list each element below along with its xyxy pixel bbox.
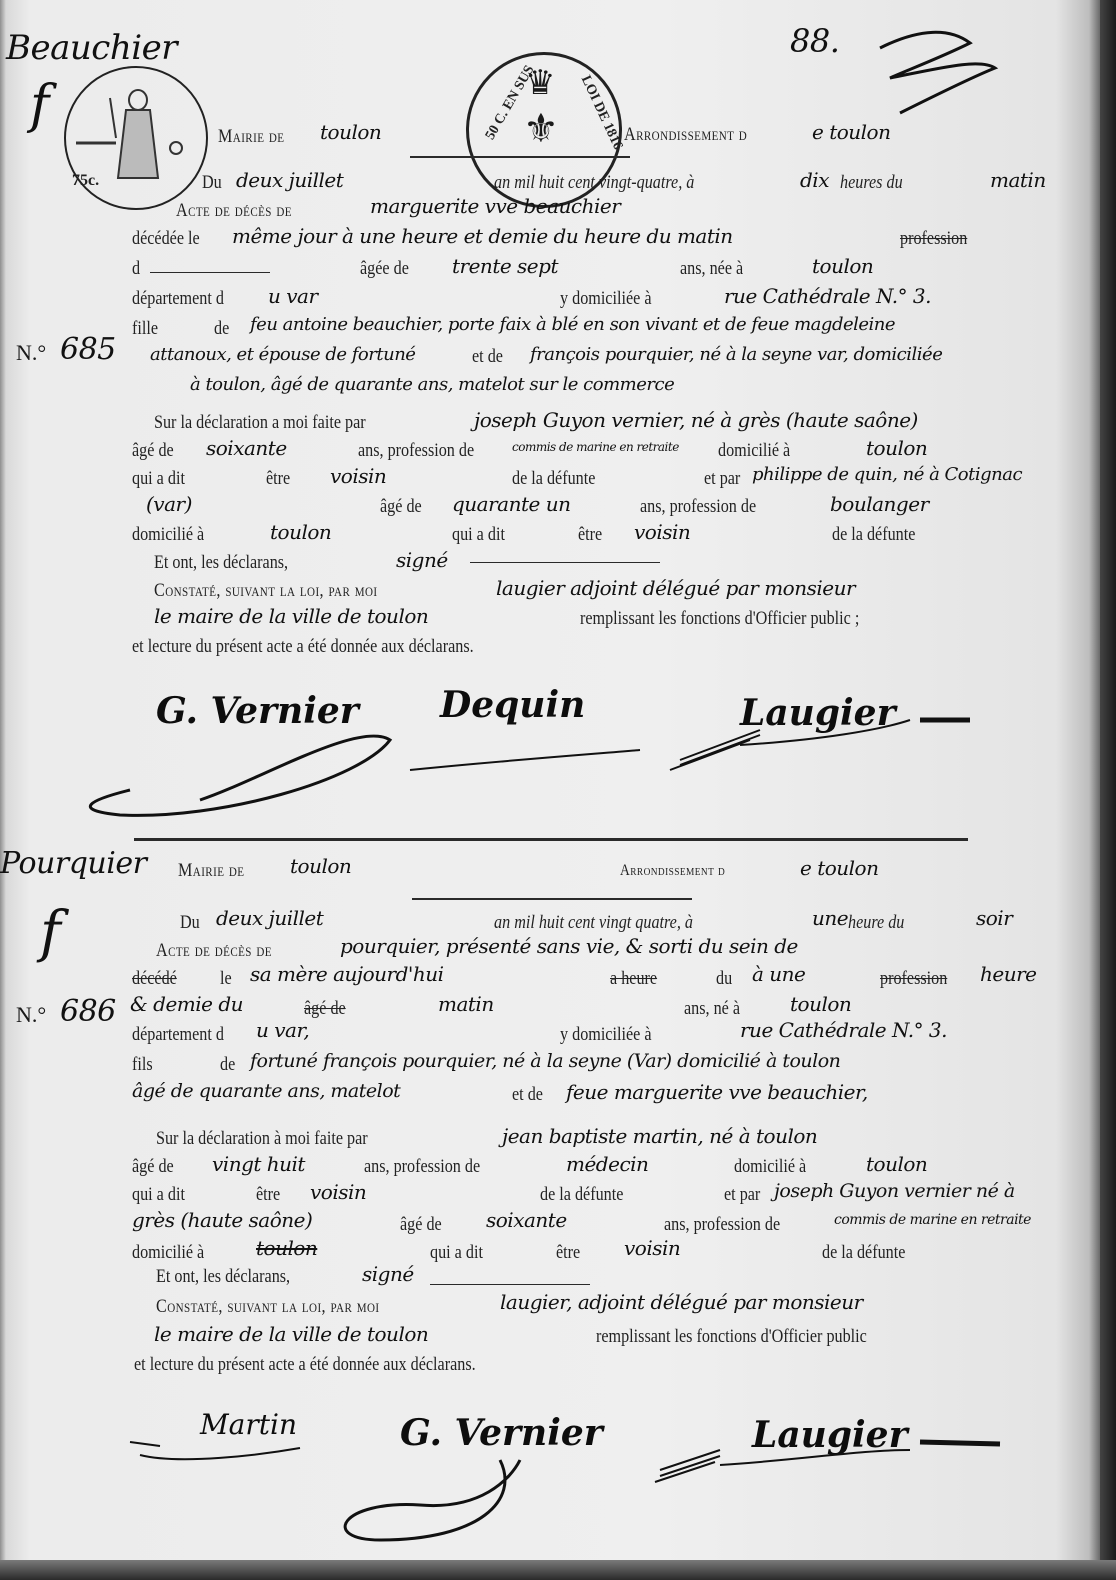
department-value: u var xyxy=(268,284,318,308)
seal-right-text: LOI DE 1816 xyxy=(577,73,625,152)
declarant-2-domicile: toulon xyxy=(270,520,331,544)
filiation-label: fille xyxy=(132,318,158,340)
de-la-defunte-2: de la défunte xyxy=(832,524,915,546)
declarant-2-prof-label: ans, profession de xyxy=(640,496,756,518)
struck-decede: décédé xyxy=(132,968,177,990)
qui-a-dit: qui a dit xyxy=(132,468,185,490)
born-at-label-2: ans, né à xyxy=(684,998,740,1020)
qui-a-dit-2-r2: qui a dit xyxy=(430,1242,483,1264)
department-label-2: département d xyxy=(132,1024,224,1046)
hour-value-2: une xyxy=(812,906,848,930)
hour-label-2: heure du xyxy=(848,912,904,934)
record-number: 685 xyxy=(60,332,116,367)
declarant-1-age-2: vingt huit xyxy=(212,1152,305,1176)
et-de: et de xyxy=(472,346,503,368)
record-number-2: 686 xyxy=(60,994,116,1029)
officer: laugier adjoint délégué par monsieur xyxy=(496,576,855,600)
declarant-1-dom-label-2: domicilié à xyxy=(734,1156,806,1178)
domicile-label: y domiciliée à xyxy=(560,288,651,310)
officer-line-2: le maire de la ville de toulon xyxy=(154,604,428,628)
blank-rule-2 xyxy=(430,1284,590,1285)
record-number-label: N.° xyxy=(16,340,46,366)
father-line-2b: âgé de quarante ans, matelot xyxy=(132,1080,400,1102)
age-label: âgée de xyxy=(360,258,409,280)
signature-flourishes-2-icon xyxy=(120,1420,1020,1560)
page-edge-bottom xyxy=(0,1560,1116,1580)
domicile-value-2: rue Cathédrale N.° 3. xyxy=(740,1018,947,1042)
margin-surname-beauchier: Beauchier xyxy=(6,28,177,68)
record-number-label-2: N.° xyxy=(16,1002,46,1028)
hour-label: heures du xyxy=(840,172,903,194)
period-value-2: soir xyxy=(976,906,1012,930)
age-value: trente sept xyxy=(452,254,558,278)
et-par-2: et par xyxy=(724,1184,760,1206)
qui-a-dit-r2: qui a dit xyxy=(132,1184,185,1206)
declarant-2: philippe de quin, né à Cotignac xyxy=(752,464,1022,485)
signature-flourishes-icon xyxy=(60,700,980,820)
officer-role: remplissant les fonctions d'Officier pub… xyxy=(580,608,859,630)
du-label: du xyxy=(716,968,732,990)
mother-line: attanoux, et épouse de fortuné xyxy=(150,344,415,365)
qui-a-dit-2: qui a dit xyxy=(452,524,505,546)
declarant-1-profession: commis de marine en retraite xyxy=(512,440,679,454)
declarant-1-relation-2: voisin xyxy=(310,1180,366,1204)
etre-r2: être xyxy=(256,1184,280,1206)
signed-label: Et ont, les déclarans, xyxy=(154,552,288,574)
hour-value: dix xyxy=(800,168,829,192)
struck-age: âgé de xyxy=(304,998,346,1020)
deceased-name-2: pourquier, présenté sans vie, & sorti du… xyxy=(340,934,798,958)
declarant-1-age-label-2: âgé de xyxy=(132,1156,174,1178)
declarant-2-2: joseph Guyon vernier né à xyxy=(774,1180,1015,1202)
date-prefix: Du xyxy=(202,172,222,194)
blank-rule xyxy=(470,562,660,563)
mairie-value: toulon xyxy=(320,120,381,144)
year-text: an mil huit cent vingt-quatre, à xyxy=(494,172,694,194)
declarant-2-origin-2: grès (haute saône) xyxy=(132,1208,312,1232)
declarant-1-prof-label: ans, profession de xyxy=(358,440,474,462)
declarant-1-domicile: toulon xyxy=(866,436,927,460)
declarant-2-relation: voisin xyxy=(634,520,690,544)
time-a-une: à une xyxy=(752,962,805,986)
mother-2: feue marguerite vve beauchier, xyxy=(566,1080,868,1104)
department-value-2: u var, xyxy=(256,1018,309,1042)
mairie-label: Mairie de xyxy=(218,126,284,148)
domicile-value: rue Cathédrale N.° 3. xyxy=(724,284,931,308)
declarant-1-age: soixante xyxy=(206,436,287,460)
margin-mark: f xyxy=(30,75,49,135)
declarant-2-relation-2: voisin xyxy=(624,1236,680,1260)
document-page: Beauchier f 88. 75c. 50 C. EN SUS LOI DE… xyxy=(0,0,1100,1568)
time-heure: heure xyxy=(980,962,1037,986)
birthplace-2: toulon xyxy=(790,992,851,1016)
declarant-2-profession-2: commis de marine en retraite xyxy=(834,1212,1031,1228)
constate-label: Constaté, suivant la loi, par moi xyxy=(154,580,377,601)
d-label: d xyxy=(132,258,140,280)
declarant-1-2: jean baptiste martin, né à toulon xyxy=(502,1124,817,1148)
arrondissement-value-2: e toulon xyxy=(800,856,878,880)
declarant-2-dom-label: domicilié à xyxy=(132,524,204,546)
declarant-2-profession: boulanger xyxy=(830,492,929,516)
declarant-2-age-label: âgé de xyxy=(380,496,422,518)
deceased-name: marguerite vve beauchier xyxy=(370,194,620,218)
arrondissement-label-2: Arrondissement d xyxy=(620,862,725,880)
date-prefix-2: Du xyxy=(180,912,200,934)
mairie-label-2: Mairie de xyxy=(178,860,244,882)
stamp-value: 75c. xyxy=(72,172,99,190)
officer-2: laugier, adjoint délégué par monsieur xyxy=(500,1290,863,1314)
declarant-1-relation: voisin xyxy=(330,464,386,488)
tax-stamp: 75c. xyxy=(64,66,208,210)
struck-heure: a heure xyxy=(610,968,657,990)
officer-line-2-r2: le maire de la ville de toulon xyxy=(154,1322,428,1346)
filiation-de-2: de xyxy=(220,1054,235,1076)
declarant-1-profession-2: médecin xyxy=(566,1152,648,1176)
father-line-2: fortuné françois pourquier, né à la seyn… xyxy=(250,1050,840,1072)
filiation-de: de xyxy=(214,318,229,340)
le-label: le xyxy=(220,968,232,990)
de-la-defunte-2-r2: de la défunte xyxy=(822,1242,905,1264)
department-label: département d xyxy=(132,288,224,310)
et-de-2: et de xyxy=(512,1084,543,1106)
signed-label-2: Et ont, les déclarans, xyxy=(156,1266,290,1288)
etre-2: être xyxy=(578,524,602,546)
signed-value-2: signé xyxy=(362,1262,414,1286)
acte-label: Acte de décès de xyxy=(176,200,292,222)
signed-value: signé xyxy=(396,548,448,572)
declarant-1: joseph Guyon vernier, né à grès (haute s… xyxy=(474,408,918,432)
period-value: matin xyxy=(990,168,1046,192)
time-matin: matin xyxy=(438,992,494,1016)
etre-2-r2: être xyxy=(556,1242,580,1264)
closing-statement: et lecture du présent acte a été donnée … xyxy=(132,636,474,658)
header-rule xyxy=(410,156,630,158)
paraph-flourish-icon xyxy=(860,18,1010,118)
deceased-on-label: décédée le xyxy=(132,228,200,250)
arrondissement-value: e toulon xyxy=(812,120,890,144)
header-rule-2 xyxy=(412,898,692,900)
margin-surname-pourquier: Pourquier xyxy=(0,846,146,881)
page-number: 88. xyxy=(790,22,839,60)
declarant-2-prof-label-2: ans, profession de xyxy=(664,1214,780,1236)
filiation-label-2: fils xyxy=(132,1054,153,1076)
declarant-1-dom-label: domicilié à xyxy=(718,440,790,462)
declarant-1-age-label: âgé de xyxy=(132,440,174,462)
etre: être xyxy=(266,468,290,490)
declarant-2-domicile-2: toulon xyxy=(256,1236,317,1260)
declarant-2-age-label-2: âgé de xyxy=(400,1214,442,1236)
declarant-2-age: quarante un xyxy=(452,492,570,516)
acte-label-2: Acte de décès de xyxy=(156,940,272,962)
crown-icon: ♛ xyxy=(525,63,555,103)
born-at-label: ans, née à xyxy=(680,258,743,280)
declarant-2-age-2: soixante xyxy=(486,1208,567,1232)
declarant-2-origin: (var) xyxy=(146,492,192,516)
blank-rule xyxy=(150,272,270,273)
struck-profession: profession xyxy=(900,228,967,250)
closing-statement-2: et lecture du présent acte a été donnée … xyxy=(134,1354,476,1376)
officer-role-2: remplissant les fonctions d'Officier pub… xyxy=(596,1326,867,1348)
declaration-label: Sur la déclaration a moi faite par xyxy=(154,412,366,434)
arrondissement-label: Arrondissement d xyxy=(624,124,747,146)
mairie-value-2: toulon xyxy=(290,854,351,878)
date-value-2: deux juillet xyxy=(216,906,323,930)
death-time: même jour à une heure et demie du heure … xyxy=(232,224,733,248)
declarant-1-prof-label-2: ans, profession de xyxy=(364,1156,480,1178)
declarant-2-dom-label-2: domicilié à xyxy=(132,1242,204,1264)
declarant-1-domicile-2: toulon xyxy=(866,1152,927,1176)
de-la-defunte-r2: de la défunte xyxy=(540,1184,623,1206)
time-demie: & demie du xyxy=(130,992,243,1016)
death-context: sa mère aujourd'hui xyxy=(250,962,444,986)
fleur-de-lis-icon: ⚜ xyxy=(523,105,559,152)
de-la-defunte: de la défunte xyxy=(512,468,595,490)
parents-line: feu antoine beauchier, porte faix à blé … xyxy=(250,314,895,335)
page-edge xyxy=(1100,0,1116,1580)
spouse-line-2: à toulon, âgé de quarante ans, matelot s… xyxy=(190,374,674,395)
declaration-label-2: Sur la déclaration à moi faite par xyxy=(156,1128,368,1150)
date-value: deux juillet xyxy=(236,168,343,192)
record-separator xyxy=(134,838,968,841)
margin-mark-2: f xyxy=(40,900,60,965)
birthplace: toulon xyxy=(812,254,873,278)
et-par: et par xyxy=(704,468,740,490)
year-text-2: an mil huit cent vingt quatre, à xyxy=(494,912,693,934)
struck-profession-2: profession xyxy=(880,968,947,990)
spouse-line: françois pourquier, né à la seyne var, d… xyxy=(530,344,942,365)
domicile-label-2: y domiciliée à xyxy=(560,1024,651,1046)
constate-label-2: Constaté, suivant la loi, par moi xyxy=(156,1296,379,1317)
